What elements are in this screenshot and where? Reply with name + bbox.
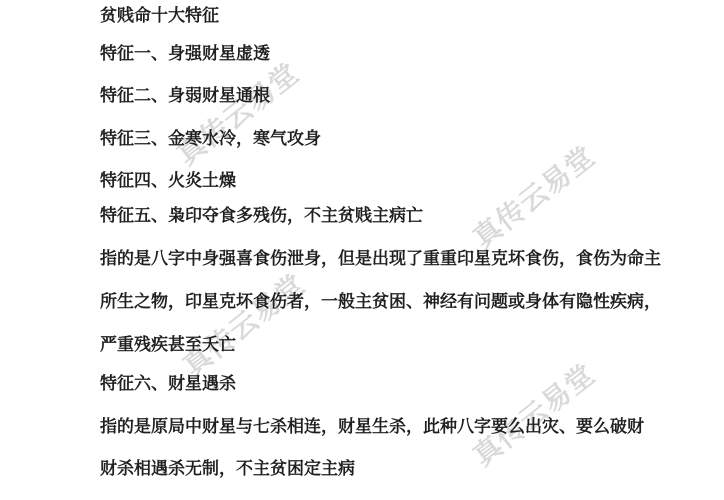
doc-title: 贫贱命十大特征: [100, 6, 219, 25]
watermark-text: 真传云易堂: [168, 53, 307, 174]
document-page: 真传云易堂 真传云易堂 真传云易堂 真传云易堂 贫贱命十大特征 特征一、身强财星…: [0, 0, 724, 500]
doc-paragraph-line: 财杀相遇杀无制，不主贫困定主病: [100, 459, 355, 478]
watermark-text: 真传云易堂: [464, 136, 603, 257]
doc-heading-5: 特征五、枭印夺食多残伤，不主贫贱主病亡: [100, 206, 423, 225]
doc-paragraph-line: 严重残疾甚至夭亡: [100, 335, 236, 354]
watermark-text: 真传云易堂: [174, 264, 313, 385]
doc-heading-6: 特征六、财星遇杀: [100, 374, 236, 393]
doc-heading-3: 特征三、金寒水冷，寒气攻身: [100, 129, 321, 148]
doc-heading-4: 特征四、火炎土燥: [100, 171, 236, 190]
doc-heading-1: 特征一、身强财星虚透: [100, 44, 270, 63]
doc-heading-2: 特征二、身弱财星通根: [100, 86, 270, 105]
doc-paragraph-line: 指的是原局中财星与七杀相连，财星生杀，此种八字要么出灾、要么破财: [100, 417, 644, 436]
watermark-text: 真传云易堂: [464, 354, 603, 475]
doc-paragraph-line: 指的是八字中身强喜食伤泄身，但是出现了重重印星克坏食伤，食伤为命主: [100, 249, 661, 268]
doc-paragraph-line: 所生之物，印星克坏食伤者，一般主贫困、神经有问题或身体有隐性疾病，: [100, 292, 661, 311]
